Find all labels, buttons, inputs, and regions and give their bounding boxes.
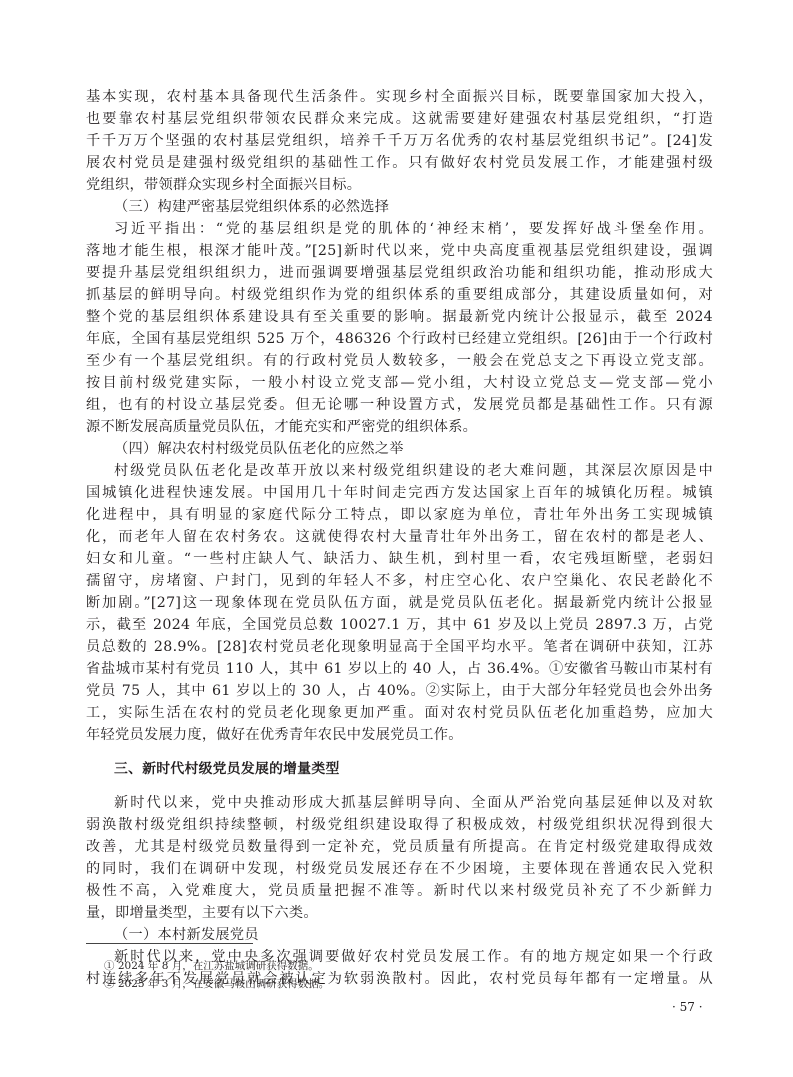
footnote: ① 2024 年 8 月，在江苏盐城调研获得数据。 xyxy=(104,958,319,974)
body-text-line: 员总数的 28.9%。[28]农村党员老化现象明显高于全国平均水平。笔者在调研中… xyxy=(86,636,713,658)
body-text-line: 示，截至 2024 年底，全国党员总数 10027.1 万，其中 61 岁及以上… xyxy=(86,614,713,636)
body-text-line: 至少有一个基层党组织。有的行政村党员人数较多，一般会在党总支之下再设立党支部。 xyxy=(86,350,713,372)
subsection-heading: （四）解决农村村级党员队伍老化的应然之举 xyxy=(86,438,713,460)
body-text-line: 要提升基层党组织组织力，进而强调要增强基层党组织政治功能和组织功能，推动形成大 xyxy=(86,262,713,284)
body-text-line: 妇女和儿童。“一些村庄缺人气、缺活力、缺生机，到村里一看，农宅残垣断壁，老弱妇 xyxy=(86,548,713,570)
body-text-line: 新时代以来，党中央推动形成大抓基层鲜明导向、全面从严治党向基层延伸以及对软 xyxy=(86,792,713,814)
body-text-line: 省盐城市某村有党员 110 人，其中 61 岁以上的 40 人，占 36.4%。… xyxy=(86,658,713,680)
body-text-line: 化，而老年人留在农村务农。这就使得农村大量青壮年外出务工，留在农村的都是老人、 xyxy=(86,526,713,548)
body-text-line: 年轻党员发展力度，做好在优秀青年农民中发展党员工作。 xyxy=(86,724,713,746)
body-text-line: 展农村党员是建强村级党组织的基础性工作。只有做好农村党员发展工作，才能建强村级 xyxy=(86,152,713,174)
subsection-heading: （三）构建严密基层党组织体系的必然选择 xyxy=(86,196,713,218)
body-text-line: 断加剧。”[27]这一现象体现在党员队伍方面，就是党员队伍老化。据最新党内统计公… xyxy=(86,592,713,614)
body-text-line: 也要靠农村基层党组织带领农民群众来完成。这就需要建好建强农村基层党组织，“打造 xyxy=(86,108,713,130)
body-text-line: 党组织，带领群众实现乡村全面振兴目标。 xyxy=(86,174,713,196)
body-text-line: 极性不高，入党难度大，党员质量把握不准等。新时代以来村级党员补充了不少新鲜力 xyxy=(86,880,713,902)
body-text-line: 年底，全国有基层党组织 525 万个，486326 个行政村已经建立党组织。[2… xyxy=(86,328,713,350)
section-heading: 三、新时代村级党员发展的增量类型 xyxy=(86,758,713,780)
body-text-line: 党员 75 人，其中 61 岁以上的 30 人，占 40%。②实际上，由于大部分… xyxy=(86,680,713,702)
footnote: ② 2025 年 3 月，在安徽马鞍山调研获得数据。 xyxy=(104,976,329,992)
body-text-line: 千千万万个坚强的农村基层党组织，培养千千万万名优秀的农村基层党组织书记”。[24… xyxy=(86,130,713,152)
footnote-divider xyxy=(86,943,253,944)
body-text-line: 基本实现，农村基本具备现代生活条件。实现乡村全面振兴目标，既要靠国家加大投入， xyxy=(86,86,713,108)
body-text-line: 国城镇化进程快速发展。中国用几十年时间走完西方发达国家上百年的城镇化历程。城镇 xyxy=(86,482,713,504)
body-text-line: 改善，尤其是村级党员数量得到一定补充，党员质量有所提高。在肯定村级党建取得成效 xyxy=(86,836,713,858)
body-text-line: 弱涣散村级党组织持续整顿，村级党组织建设取得了积极成效，村级党组织状况得到很大 xyxy=(86,814,713,836)
body-text-line: 的同时，我们在调研中发现，村级党员发展还存在不少困境，主要体现在普通农民入党积 xyxy=(86,858,713,880)
body-text-line: 整个党的基层组织体系建设具有至关重要的影响。据最新党内统计公报显示，截至 202… xyxy=(86,306,713,328)
page-number: · 57 · xyxy=(672,1000,703,1014)
body-text-line: 落地才能生根，根深才能叶茂。”[25]新时代以来，党中央高度重视基层党组织建设，… xyxy=(86,240,713,262)
body-text-line: 抓基层的鲜明导向。村级党组织作为党的组织体系的重要组成部分，其建设质量如何，对 xyxy=(86,284,713,306)
body-text-line: 习近平指出：“党的基层组织是党的肌体的‘神经末梢’，要发挥好战斗堡垒作用。 xyxy=(86,218,713,240)
body-text-line: 化进程中，具有明显的家庭代际分工特点，即以家庭为单位，青壮年外出务工实现城镇 xyxy=(86,504,713,526)
body-text-line: 按目前村级党建实际，一般小村设立党支部—党小组，大村设立党总支—党支部—党小 xyxy=(86,372,713,394)
body-text-line: 工，实际生活在农村的党员老化现象更加严重。面对农村党员队伍老化加重趋势，应加大 xyxy=(86,702,713,724)
body-text-line: 孺留守，房堵窗、户封门，见到的年轻人不多，村庄空心化、农户空巢化、农民老龄化不 xyxy=(86,570,713,592)
body-text-line: 源不断发展高质量党员队伍，才能充实和严密党的组织体系。 xyxy=(86,416,713,438)
body-text-line: 村级党员队伍老化是改革开放以来村级党组织建设的老大难问题，其深层次原因是中 xyxy=(86,460,713,482)
body-text-line: 量，即增量类型，主要有以下六类。 xyxy=(86,902,713,924)
body-text-line: 组，也有的村设立基层党委。但无论哪一种设置方式，发展党员都是基础性工作。只有源 xyxy=(86,394,713,416)
